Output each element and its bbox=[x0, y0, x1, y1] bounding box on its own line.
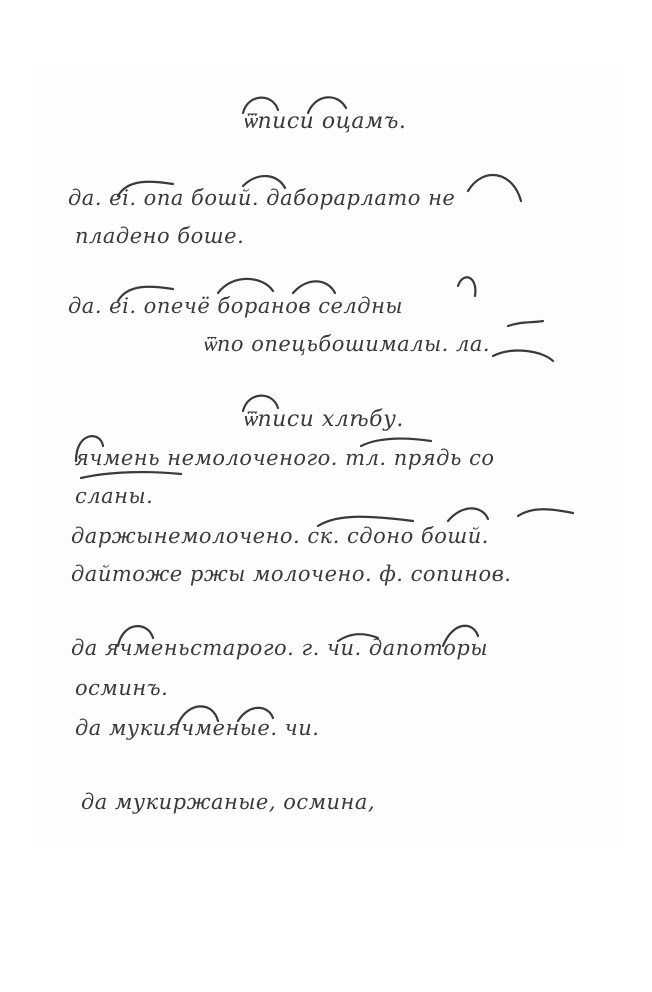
entry-line: дайтоже ржы молочено. ф. сопинов. bbox=[71, 562, 511, 586]
entry-line: да. еі. опечё боранов селдны bbox=[68, 294, 403, 318]
titlo-flourish-icon bbox=[113, 271, 593, 381]
entry-line: да ячменьстарого. г. чи. дапоторы bbox=[71, 636, 488, 660]
entry-line: ячмень немолоченого. тл. прядь со bbox=[75, 446, 494, 470]
manuscript-page: ѿписи оцамъ. да. еі. опа бошй. даборарла… bbox=[33, 66, 622, 843]
entry-line: да мукиржаные, осмина, bbox=[81, 790, 375, 814]
entry-line: пладено боше. bbox=[75, 224, 244, 248]
entry-line: осминъ. bbox=[75, 676, 168, 700]
entry-line: да. еі. опа бошй. даборарлато не bbox=[68, 186, 455, 210]
entry-line: ѿпо опецьбошималы. ла. bbox=[203, 332, 490, 357]
entry-line: даржынемолочено. ск. сдоно бошй. bbox=[71, 524, 489, 548]
entry-line: да мукиячменые. чи. bbox=[75, 716, 319, 740]
section-heading: ѿписи оцамъ. bbox=[243, 108, 406, 134]
section-heading: ѿписи хлѣбу. bbox=[243, 406, 404, 432]
entry-line: сланы. bbox=[75, 484, 153, 508]
